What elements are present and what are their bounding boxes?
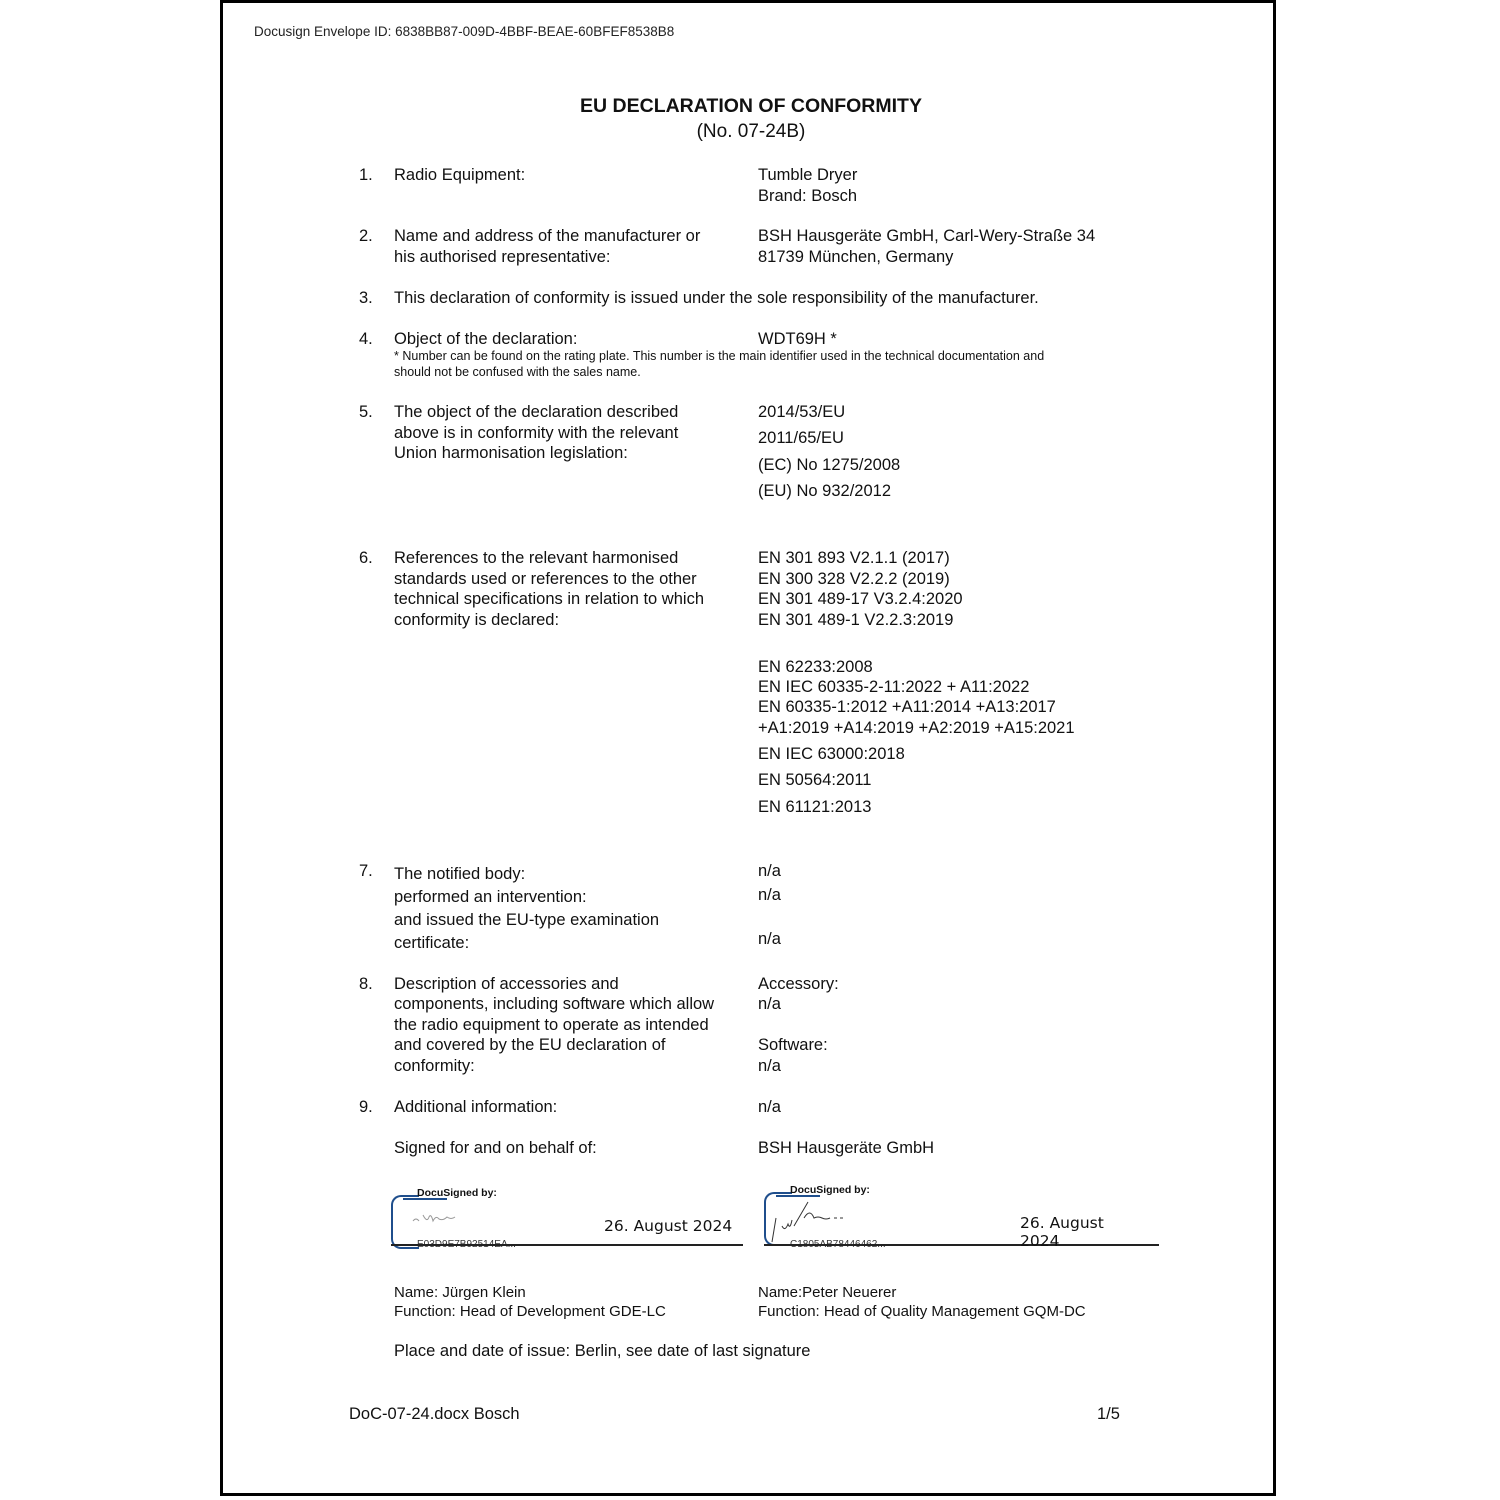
signer-name: Name:Peter Neuerer [758, 1283, 896, 1304]
section-label: his authorised representative: [394, 247, 610, 268]
standard-item: EN IEC 60335-2-11:2022 + A11:2022 [758, 677, 1029, 698]
section-label: Additional information: [394, 1097, 557, 1118]
signer-function: Function: Head of Quality Management GQM… [758, 1302, 1086, 1323]
section-number: 6. [359, 548, 373, 569]
section-text: This declaration of conformity is issued… [394, 288, 1039, 309]
standard-item: EN 62233:2008 [758, 657, 873, 678]
section-label: Name and address of the manufacturer or [394, 226, 700, 247]
document-title: EU DECLARATION OF CONFORMITY [223, 95, 1279, 118]
section-label: Union harmonisation legislation: [394, 443, 628, 464]
section-value: Software: [758, 1035, 828, 1056]
section-number: 1. [359, 165, 373, 186]
signed-for-company: BSH Hausgeräte GmbH [758, 1138, 934, 1159]
standard-item: EN 300 328 V2.2.2 (2019) [758, 569, 950, 590]
handwritten-signature-icon [409, 1209, 469, 1229]
section-label: and issued the EU-type examination [394, 910, 659, 931]
signer-function: Function: Head of Development GDE-LC [394, 1302, 666, 1323]
docusigned-label: DocuSigned by: [417, 1187, 497, 1199]
page-number: 1/5 [1097, 1404, 1120, 1425]
footer-filename: DoC-07-24.docx Bosch [349, 1404, 520, 1425]
signed-for-label: Signed for and on behalf of: [394, 1138, 597, 1159]
section-value: n/a [758, 1097, 781, 1118]
section-number: 3. [359, 288, 373, 309]
standard-item: EN 61121:2013 [758, 797, 871, 818]
section-label: technical specifications in relation to … [394, 589, 704, 610]
section-value: Accessory: [758, 974, 839, 995]
section-label: Object of the declaration: [394, 329, 577, 350]
footnote: should not be confused with the sales na… [394, 365, 641, 381]
section-label: conformity is declared: [394, 610, 559, 631]
section-label: and covered by the EU declaration of [394, 1035, 666, 1056]
section-number: 2. [359, 226, 373, 247]
section-label: The notified body: [394, 864, 525, 885]
standard-item: EN 50564:2011 [758, 770, 871, 791]
signer-name: Name: Jürgen Klein [394, 1283, 526, 1304]
section-label: conformity: [394, 1056, 475, 1077]
signature-block-2[interactable]: DocuSigned by: C1805AB78446462... 26. Au… [764, 1184, 1113, 1244]
legislation-item: (EU) No 932/2012 [758, 481, 891, 502]
section-number: 5. [359, 402, 373, 423]
section-value: n/a [758, 929, 781, 950]
envelope-id: Docusign Envelope ID: 6838BB87-009D-4BBF… [254, 24, 674, 39]
legislation-item: (EC) No 1275/2008 [758, 455, 900, 476]
standard-item: EN 60335-1:2012 +A11:2014 +A13:2017 [758, 697, 1056, 718]
section-number: 7. [359, 861, 373, 882]
section-value: WDT69H * [758, 329, 837, 350]
legislation-item: 2014/53/EU [758, 402, 845, 423]
section-number: 8. [359, 974, 373, 995]
section-label: Description of accessories and [394, 974, 619, 995]
standard-item: EN IEC 63000:2018 [758, 744, 905, 765]
docusigned-label: DocuSigned by: [790, 1184, 870, 1196]
place-and-date: Place and date of issue: Berlin, see dat… [394, 1341, 810, 1362]
section-label: certificate: [394, 933, 469, 954]
section-label: References to the relevant harmonised [394, 548, 678, 569]
section-label: standards used or references to the othe… [394, 569, 697, 590]
signature-date: 26. August 2024 [604, 1217, 732, 1235]
section-value: BSH Hausgeräte GmbH, Carl-Wery-Straße 34 [758, 226, 1095, 247]
standard-item: EN 301 489-1 V2.2.3:2019 [758, 610, 953, 631]
section-label: performed an intervention: [394, 887, 587, 908]
section-value: n/a [758, 1056, 781, 1077]
document-number: (No. 07-24B) [223, 121, 1279, 143]
standard-item: EN 301 893 V2.1.1 (2017) [758, 548, 950, 569]
section-label: components, including software which all… [394, 994, 714, 1015]
section-value: n/a [758, 861, 781, 882]
footnote: * Number can be found on the rating plat… [394, 349, 1044, 365]
standard-item: +A1:2019 +A14:2019 +A2:2019 +A15:2021 [758, 718, 1075, 739]
signature-date: 26. August 2024 [1020, 1214, 1113, 1250]
standard-item: EN 301 489-17 V3.2.4:2020 [758, 589, 963, 610]
section-value: Brand: Bosch [758, 186, 857, 207]
section-value: n/a [758, 994, 781, 1015]
section-number: 9. [359, 1097, 373, 1118]
document-page: Docusign Envelope ID: 6838BB87-009D-4BBF… [220, 0, 1276, 1496]
signature-line [391, 1244, 743, 1246]
section-number: 4. [359, 329, 373, 350]
section-value: 81739 München, Germany [758, 247, 953, 268]
signature-block-1[interactable]: DocuSigned by: E03D9E7B92514EA... 26. Au… [391, 1187, 740, 1247]
section-label: The object of the declaration described [394, 402, 678, 423]
section-label: above is in conformity with the relevant [394, 423, 678, 444]
section-label: the radio equipment to operate as intend… [394, 1015, 709, 1036]
section-value: Tumble Dryer [758, 165, 857, 186]
legislation-item: 2011/65/EU [758, 428, 844, 449]
section-label: Radio Equipment: [394, 165, 525, 186]
section-value: n/a [758, 885, 781, 906]
